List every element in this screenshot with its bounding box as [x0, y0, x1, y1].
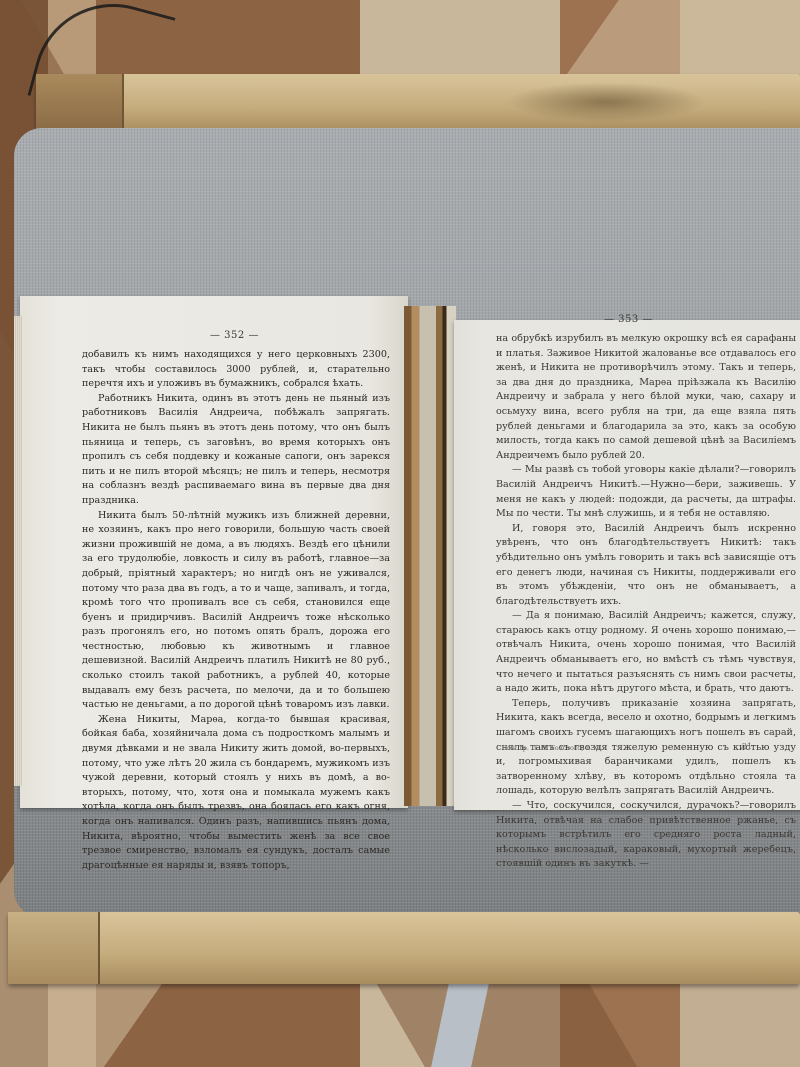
paragraph: на обрубкѣ изрубилъ въ мелкую окрошку вс… — [496, 332, 796, 463]
open-book: — 352 — добавилъ къ нимъ находящихся у н… — [16, 296, 800, 816]
page-text: добавилъ къ нимъ находящихся у него церк… — [82, 348, 390, 873]
paragraph: Никита былъ 50-лѣтній мужикъ изъ ближней… — [82, 509, 390, 713]
sheet-number: 21 — [742, 742, 752, 751]
paragraph: Жена Никиты, Марѳа, когда-то бывшая крас… — [82, 713, 390, 874]
book-spine — [404, 306, 456, 806]
paragraph: Работникъ Никита, одинъ въ этотъ день не… — [82, 392, 390, 509]
rail-end-cap — [36, 74, 124, 132]
paragraph: — Да я понимаю, Василій Андреичъ; кажетс… — [496, 609, 796, 697]
rail-end-cap — [8, 912, 100, 984]
left-page: — 352 — добавилъ къ нимъ находящихся у н… — [20, 296, 408, 808]
page-number: — 353 — — [604, 314, 653, 325]
stool-bottom-rail — [8, 912, 800, 984]
footer-signature: Соч. гр. Л. Н. Толстого, т. XI. — [502, 744, 602, 752]
paragraph: добавилъ къ нимъ находящихся у него церк… — [82, 348, 390, 392]
paragraph: — Мы развѣ съ тобой уговоры какіе дѣлали… — [496, 463, 796, 521]
page-number: — 352 — — [210, 330, 259, 341]
page-text: на обрубкѣ изрубилъ въ мелкую окрошку вс… — [496, 332, 796, 872]
paragraph: — Что, соскучился, соскучился, дурачокъ?… — [496, 799, 796, 872]
stool-top-rail — [36, 74, 800, 132]
right-page: — 353 — на обрубкѣ изрубилъ въ мелкую ок… — [454, 320, 800, 810]
wood-stain — [506, 82, 706, 122]
paragraph: И, говоря это, Василій Андреичъ былъ иск… — [496, 522, 796, 610]
